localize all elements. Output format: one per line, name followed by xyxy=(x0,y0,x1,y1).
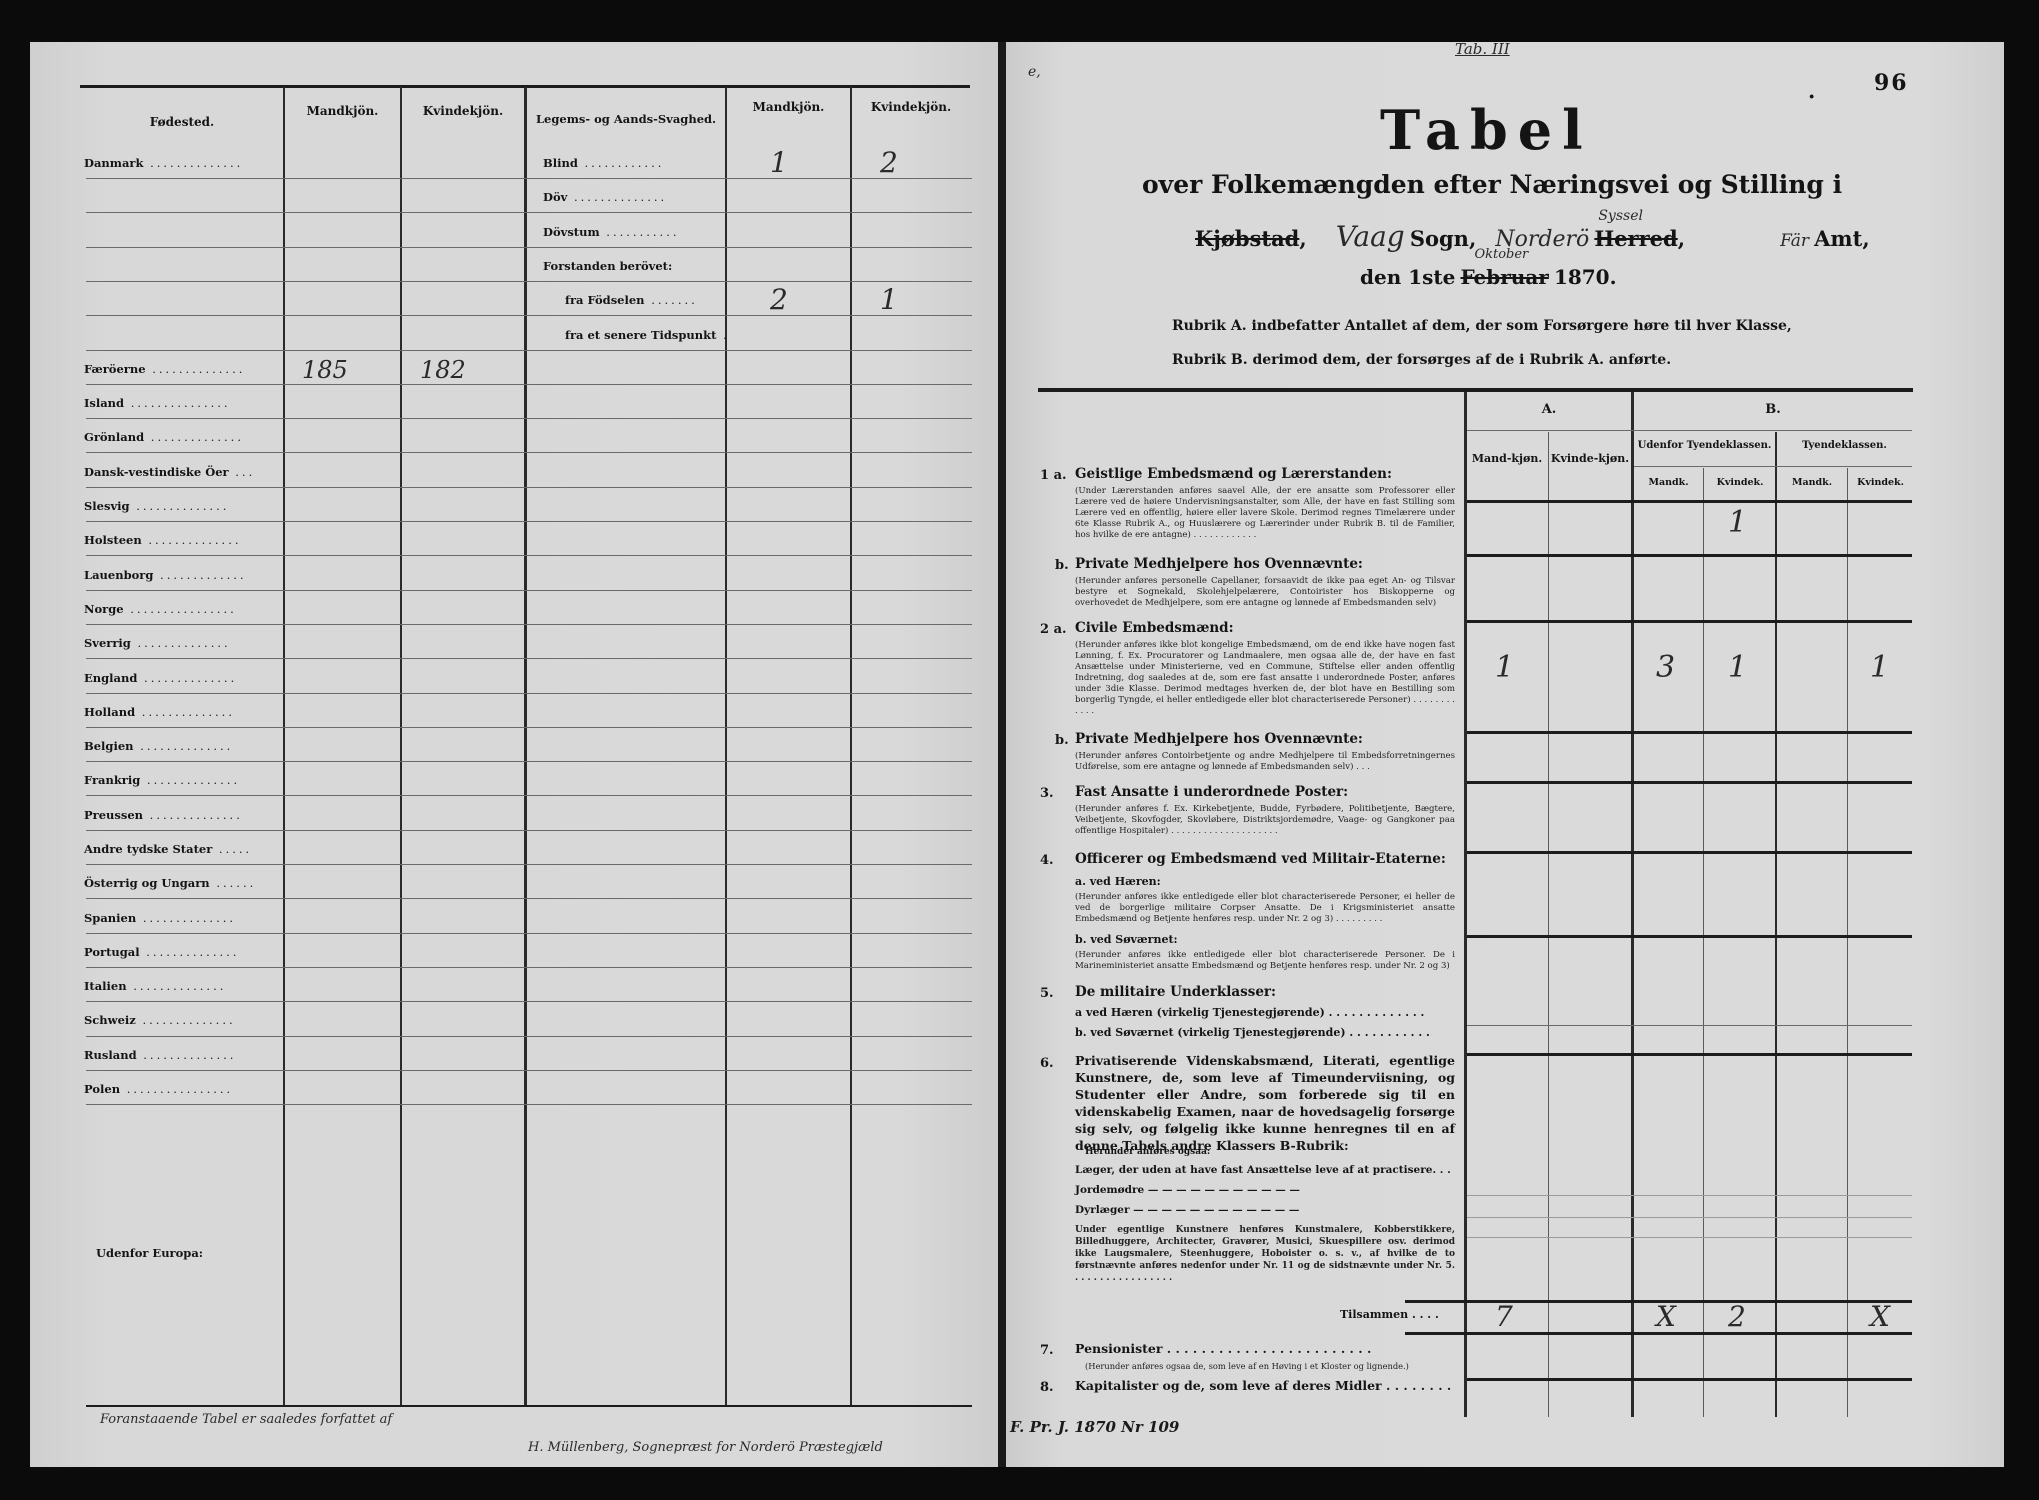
birthplace-row-label: Polen ................ xyxy=(84,1082,233,1096)
birthplace-row-label: England .............. xyxy=(84,671,237,685)
birthplace-row-label: Andre tydske Stater ..... xyxy=(84,842,252,856)
top-rule xyxy=(1038,388,1913,392)
birthplace-female-count: 182 xyxy=(420,356,466,384)
leader-dots: ....... xyxy=(645,293,698,307)
col-divider xyxy=(1775,432,1777,1417)
header-rule xyxy=(1467,430,1912,431)
cat-6-item-doctors: Læger, der uden at have fast Ansættelse … xyxy=(1075,1164,1451,1176)
amt-name: Fär xyxy=(1780,231,1809,251)
birthplace-row-label: Österrig og Ungarn ...... xyxy=(84,876,256,890)
row-rule xyxy=(86,247,972,248)
leader-dots: .............. xyxy=(140,945,240,959)
header-a-female: Kvinde-kjøn. xyxy=(1550,448,1630,470)
total-label: Tilsammen . . . . xyxy=(1340,1308,1439,1321)
page-subtitle: over Folkemængden efter Næringsvei og St… xyxy=(1142,170,1842,199)
row-rule xyxy=(86,864,972,865)
header-b-outside-male: Mandk. xyxy=(1634,477,1703,488)
country-name: Island xyxy=(84,396,124,410)
cat-4a-title: a. ved Hæren: xyxy=(1075,875,1161,888)
leader-dots: ........... xyxy=(600,225,680,239)
cat-2a-note: (Herunder anføres ikke blot kongelige Em… xyxy=(1075,640,1455,717)
header-b-outside: Udenfor Tyendeklassen. xyxy=(1634,440,1775,451)
row-rule xyxy=(86,350,972,351)
row-rule xyxy=(86,487,972,488)
row-rule xyxy=(1467,1217,1912,1218)
birthplace-row-label: Danmark .............. xyxy=(84,156,243,170)
row-rule xyxy=(86,452,972,453)
total-count: X xyxy=(1870,1300,1890,1333)
country-name: Holsteen xyxy=(84,533,142,547)
country-name: Lauenborg xyxy=(84,568,153,582)
row-rule xyxy=(86,1104,972,1105)
leader-dots: . xyxy=(716,328,729,342)
sogn-label: Sogn, xyxy=(1410,226,1476,251)
category-count: 1 xyxy=(1870,650,1889,685)
row-rule xyxy=(1467,500,1912,503)
row-rule xyxy=(86,727,972,728)
birthplace-row-label: Belgien .............. xyxy=(84,739,233,753)
cat-2b-number: b. xyxy=(1055,733,1069,748)
row-rule xyxy=(86,1036,972,1037)
infirmity-name: Dövstum xyxy=(543,225,600,239)
cat-4-title: Officerer og Embedsmænd ved Militair-Eta… xyxy=(1075,851,1446,867)
kjobstad-struck: Kjøbstad xyxy=(1195,226,1299,251)
scan-border xyxy=(0,1468,2039,1500)
row-rule xyxy=(1467,1378,1912,1381)
cat-4-number: 4. xyxy=(1040,853,1054,868)
rubric-note-a: Rubrik A. indbefatter Antallet af dem, d… xyxy=(1172,318,1792,334)
row-rule xyxy=(86,624,972,625)
leader-dots: .............. xyxy=(142,533,242,547)
row-rule xyxy=(86,933,972,934)
row-rule xyxy=(1467,554,1912,557)
row-rule xyxy=(1467,1237,1912,1238)
infirmity-row-label: Dövstum ........... xyxy=(543,225,680,239)
leader-dots: ................ xyxy=(124,602,237,616)
infirmity-row-label: Forstanden berövet: xyxy=(543,259,672,273)
category-count: 1 xyxy=(1728,650,1747,685)
country-name: Grönland xyxy=(84,430,144,444)
page-number: 96 xyxy=(1874,70,1909,96)
header-infirmity-male: Mandkjön. xyxy=(727,100,850,114)
row-rule xyxy=(1467,781,1912,784)
country-name: Preussen xyxy=(84,808,143,822)
birthplace-row-label: Island ............... xyxy=(84,396,231,410)
total-count: 2 xyxy=(1728,1300,1746,1333)
cat-3-title: Fast Ansatte i underordnede Poster: xyxy=(1075,784,1348,800)
cat-5-title: De militaire Underklasser: xyxy=(1075,984,1276,1000)
header-b-servant: Tyendeklassen. xyxy=(1777,440,1912,451)
corner-mark: e, xyxy=(1028,64,1041,80)
total-count: 7 xyxy=(1495,1300,1513,1333)
leader-dots: .............. xyxy=(143,156,243,170)
header-rule xyxy=(1634,466,1912,467)
row-rule xyxy=(1467,1195,1912,1196)
archive-stamp: F. Pr. J. 1870 Nr 109 xyxy=(1010,1418,1179,1436)
leader-dots: .............. xyxy=(136,911,236,925)
birthplace-row-label: Færöerne .............. xyxy=(84,362,245,376)
category-count: 3 xyxy=(1656,650,1675,685)
country-name: Andre tydske Stater xyxy=(84,842,212,856)
cat-8-title: Kapitalister og de, som leve af deres Mi… xyxy=(1075,1378,1451,1393)
infirmity-male-count: 1 xyxy=(770,146,788,179)
category-count: 1 xyxy=(1728,505,1747,540)
row-rule xyxy=(1467,1053,1912,1056)
country-name: Danmark xyxy=(84,156,143,170)
leader-dots: ............... xyxy=(124,396,231,410)
row-rule xyxy=(86,658,972,659)
category-count: 1 xyxy=(1495,650,1514,685)
row-rule xyxy=(1467,1025,1912,1026)
leader-dots: .............. xyxy=(146,362,246,376)
cat-1a-title: Geistlige Embedsmænd og Lærerstanden: xyxy=(1075,466,1392,482)
cat-8-number: 8. xyxy=(1040,1380,1054,1395)
leader-dots: ...... xyxy=(210,876,257,890)
row-rule xyxy=(1467,731,1912,734)
leader-dots: ................ xyxy=(120,1082,233,1096)
country-name: Belgien xyxy=(84,739,134,753)
col-divider xyxy=(1847,468,1848,1417)
cat-3-number: 3. xyxy=(1040,786,1054,801)
bottom-rule xyxy=(86,1405,972,1407)
row-rule xyxy=(1467,620,1912,623)
parish-name: Vaag xyxy=(1336,220,1405,253)
country-name: Slesvig xyxy=(84,499,130,513)
leader-dots: ............. xyxy=(153,568,246,582)
infirmity-name: Döv xyxy=(543,190,567,204)
country-name: England xyxy=(84,671,137,685)
row-rule xyxy=(86,521,972,522)
row-rule xyxy=(86,555,972,556)
dot-mark: · xyxy=(1808,84,1815,109)
header-b-servant-male: Mandk. xyxy=(1777,477,1847,488)
col-divider xyxy=(1548,432,1549,1417)
cat-6-note: Under egentlige Kunstnere henføres Kunst… xyxy=(1075,1224,1455,1284)
col-divider xyxy=(850,87,852,1407)
row-rule xyxy=(1467,851,1912,854)
country-name: Holland xyxy=(84,705,135,719)
row-rule xyxy=(86,830,972,831)
header-group-b: B. xyxy=(1634,402,1912,417)
infirmity-female-count: 1 xyxy=(880,283,898,316)
row-rule xyxy=(86,315,972,316)
header-a-male: Mand-kjøn. xyxy=(1467,448,1547,470)
cat-3-note: (Herunder anføres f. Ex. Kirkebetjente, … xyxy=(1075,804,1455,837)
row-rule xyxy=(86,761,972,762)
herred-replacement: Syssel xyxy=(1598,208,1643,224)
footer-note: Foranstaaende Tabel er saaledes forfatte… xyxy=(100,1412,392,1427)
row-rule xyxy=(86,590,972,591)
row-rule xyxy=(86,178,972,179)
cat-7-note: (Herunder anføres ogsaa de, som leve af … xyxy=(1085,1361,1409,1372)
row-rule xyxy=(86,281,972,282)
header-group-a: A. xyxy=(1467,402,1631,417)
infirmity-row-label: fra Födselen ....... xyxy=(565,293,698,307)
col-divider xyxy=(524,87,527,1407)
birthplace-row-label: Italien .............. xyxy=(84,979,226,993)
date-line: den 1ste Oktober Februar 1870. xyxy=(1360,265,1617,289)
month-struck: Februar xyxy=(1460,265,1548,289)
infirmity-row-label: Blind ............ xyxy=(543,156,664,170)
country-name: Rusland xyxy=(84,1048,137,1062)
header-male: Mandkjön. xyxy=(285,104,400,118)
cat-1a-note: (Under Lærerstanden anføres saavel Alle,… xyxy=(1075,486,1455,541)
birthplace-row-label: Sverrig .............. xyxy=(84,636,231,650)
birthplace-row-label: Rusland .............. xyxy=(84,1048,236,1062)
year: 1870. xyxy=(1554,265,1617,289)
col-divider xyxy=(1703,468,1704,1417)
header-b-outside-female: Kvindek. xyxy=(1705,477,1775,488)
leader-dots: .............. xyxy=(144,430,244,444)
cat-7-title: Pensionister . . . . . . . . . . . . . .… xyxy=(1075,1341,1371,1356)
birthplace-row-label: Frankrig .............. xyxy=(84,773,240,787)
table-number-mark: Tab. III xyxy=(1455,40,1510,58)
row-rule xyxy=(86,1070,972,1071)
leader-dots: .............. xyxy=(134,739,234,753)
birthplace-row-label: Norge ................ xyxy=(84,602,237,616)
total-count: X xyxy=(1656,1300,1676,1333)
country-name: Italien xyxy=(84,979,127,993)
header-infirmity-female: Kvindekjön. xyxy=(852,100,970,114)
birthplace-row-label: Schweiz .............. xyxy=(84,1013,236,1027)
birthplace-row-label: Holsteen .............. xyxy=(84,533,242,547)
header-birthplace: Fødested. xyxy=(84,115,280,129)
infirmity-name: fra Födselen xyxy=(565,293,645,307)
birthplace-row-label: Dansk-vestindiske Öer ... xyxy=(84,465,255,479)
amt-label: Amt, xyxy=(1814,226,1870,251)
cat-1b-note: (Herunder anføres personelle Capellaner,… xyxy=(1075,576,1455,609)
country-name: Frankrig xyxy=(84,773,140,787)
infirmity-row-label: fra et senere Tidspunkt . xyxy=(565,328,730,342)
birthplace-row-label: Preussen .............. xyxy=(84,808,243,822)
cat-1a-number: 1 a. xyxy=(1040,468,1067,483)
cat-2b-note: (Herunder anføres Contoirbetjente og and… xyxy=(1075,751,1455,773)
header-b-servant-female: Kvindek. xyxy=(1849,477,1912,488)
infirmity-name: Forstanden berövet: xyxy=(543,259,672,273)
herred-struck: Herred xyxy=(1594,226,1677,251)
infirmity-male-count: 2 xyxy=(770,283,788,316)
country-name: Norge xyxy=(84,602,124,616)
cat-6-title: Privatiserende Videnskabsmænd, Literati,… xyxy=(1075,1052,1455,1154)
birthplace-row-label: Spanien .............. xyxy=(84,911,236,925)
cat-2b-title: Private Medhjelpere hos Ovennævnte: xyxy=(1075,731,1363,747)
rubric-note-b: Rubrik B. derimod dem, der forsørges af … xyxy=(1172,352,1671,368)
leader-dots: ... xyxy=(229,465,256,479)
leader-dots: .............. xyxy=(143,808,243,822)
country-name: Dansk-vestindiske Öer xyxy=(84,465,229,479)
birthplace-row-label: Grönland .............. xyxy=(84,430,244,444)
location-line: Kjøbstad, Vaag Sogn, Norderö Syssel Herr… xyxy=(1195,220,1870,256)
leader-dots: ..... xyxy=(212,842,252,856)
leader-dots: .............. xyxy=(140,773,240,787)
birthplace-row-label: Portugal .............. xyxy=(84,945,239,959)
infirmity-name: fra et senere Tidspunkt xyxy=(565,328,716,342)
infirmity-row-label: Döv .............. xyxy=(543,190,667,204)
col-divider xyxy=(283,87,285,1407)
cat-1b-number: b. xyxy=(1055,558,1069,573)
cat-1b-title: Private Medhjelpere hos Ovennævnte: xyxy=(1075,556,1363,572)
header-infirmity: Legems- og Aands-Svaghed. xyxy=(528,112,724,126)
leader-dots: .............. xyxy=(136,1013,236,1027)
row-rule xyxy=(1467,935,1912,938)
col-divider xyxy=(725,87,727,1407)
cat-4b-title: b. ved Søværnet: xyxy=(1075,933,1178,946)
cat-4b-note: (Herunder anføres ikke entledigede eller… xyxy=(1075,950,1455,972)
country-name: Polen xyxy=(84,1082,120,1096)
cat-2a-title: Civile Embedsmænd: xyxy=(1075,620,1234,636)
page-title: Tabel xyxy=(1380,98,1593,162)
signature: H. Müllenberg, Sognepræst for Norderö Pr… xyxy=(528,1440,883,1455)
leader-dots: .............. xyxy=(135,705,235,719)
row-rule xyxy=(86,967,972,968)
cat-5a-title: a ved Hæren (virkelig Tjenestegjørende) … xyxy=(1075,1006,1424,1019)
cat-4a-note: (Herunder anføres ikke entledigede eller… xyxy=(1075,892,1455,925)
row-rule xyxy=(86,693,972,694)
country-name: Færöerne xyxy=(84,362,146,376)
leader-dots: .............. xyxy=(137,671,237,685)
row-rule xyxy=(86,418,972,419)
cat-2a-number: 2 a. xyxy=(1040,622,1067,637)
outside-europe-label: Udenfor Europa: xyxy=(96,1246,203,1260)
leader-dots: .............. xyxy=(130,499,230,513)
leader-dots: .............. xyxy=(567,190,667,204)
country-name: Portugal xyxy=(84,945,140,959)
leader-dots: .............. xyxy=(137,1048,237,1062)
row-rule xyxy=(86,212,972,213)
country-name: Schweiz xyxy=(84,1013,136,1027)
leader-dots: .............. xyxy=(127,979,227,993)
country-name: Österrig og Ungarn xyxy=(84,876,210,890)
cat-5-number: 5. xyxy=(1040,986,1054,1001)
birthplace-male-count: 185 xyxy=(302,356,348,384)
header-female: Kvindekjön. xyxy=(402,104,524,118)
cat-5b-title: b. ved Søværnet (virkelig Tjenestegjøren… xyxy=(1075,1026,1430,1039)
row-rule xyxy=(86,384,972,385)
col-divider-b xyxy=(1631,392,1634,1417)
row-rule xyxy=(86,898,972,899)
birthplace-row-label: Slesvig .............. xyxy=(84,499,229,513)
country-name: Sverrig xyxy=(84,636,131,650)
leader-dots: .............. xyxy=(131,636,231,650)
infirmity-name: Blind xyxy=(543,156,578,170)
cat-6-item-midwives: Jordemødre — — — — — — — — — — — xyxy=(1075,1184,1300,1196)
leader-dots: ............ xyxy=(578,156,665,170)
country-name: Spanien xyxy=(84,911,136,925)
book-gutter xyxy=(998,42,1006,1467)
cat-6-intro: Herunder anføres ogsaa: xyxy=(1085,1147,1210,1157)
infirmity-female-count: 2 xyxy=(880,146,898,179)
col-divider xyxy=(400,87,402,1407)
row-rule xyxy=(86,1001,972,1002)
birthplace-row-label: Lauenborg ............. xyxy=(84,568,247,582)
birthplace-row-label: Holland .............. xyxy=(84,705,235,719)
date-prefix: den 1ste xyxy=(1360,265,1455,289)
cat-6-item-veterinarians: Dyrlæger — — — — — — — — — — — — xyxy=(1075,1204,1299,1216)
month-replacement: Oktober xyxy=(1474,247,1528,262)
row-rule xyxy=(86,795,972,796)
col-divider-a xyxy=(1464,392,1467,1417)
cat-6-number: 6. xyxy=(1040,1056,1054,1071)
cat-7-number: 7. xyxy=(1040,1343,1054,1358)
